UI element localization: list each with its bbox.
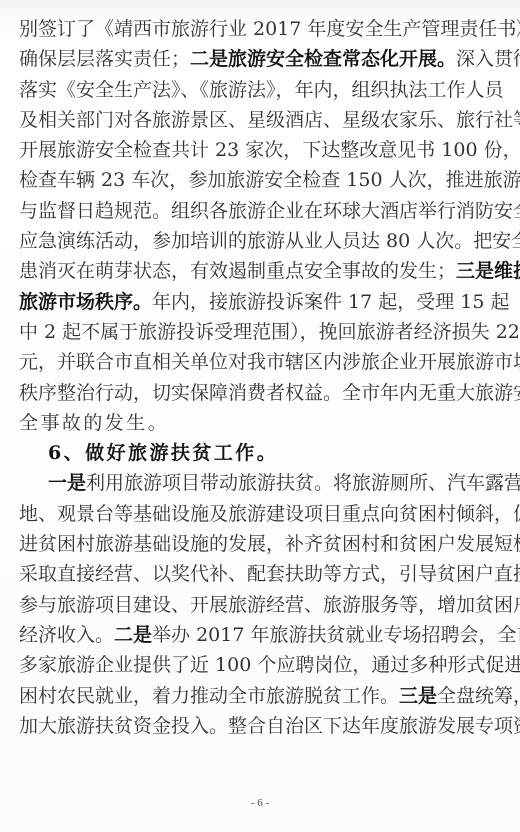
text-line: 多家旅游企业提供了近 100 个应聘岗位，通过多种形式促进贫 (19, 650, 493, 680)
text-line: 中 2 起不属于旅游投诉受理范围），挽回旅游者经济损失 22810 (19, 317, 493, 347)
text-line: 全事故的发生。 (19, 408, 493, 438)
text-segment: 地、观景台等基础设施及旅游建设项目重点向贫困村倾斜，促 (19, 503, 520, 525)
bold-phrase: 6、做好旅游扶贫工作。 (48, 442, 278, 464)
text-segment: 经济收入。 (19, 624, 114, 646)
text-segment: 落实《安全生产法》、《旅游法》，年内，组织执法工作人员 (19, 79, 504, 101)
text-segment: 患消灭在萌芽状态，有效遏制重点安全事故的发生； (19, 260, 456, 282)
text-segment: 采取直接经营、以奖代补、配套扶助等方式，引导贫困户直接 (19, 563, 520, 585)
bold-phrase: 一是 (48, 472, 86, 494)
text-segment: 全事故的发生。 (19, 412, 169, 434)
text-segment: 年内，接旅游投诉案件 17 起，受理 15 起（其 (152, 291, 520, 313)
text-line: 及相关部门对各旅游景区、星级酒店、星级农家乐、旅行社等 (19, 105, 493, 135)
section-heading: 6、做好旅游扶贫工作。 (19, 438, 493, 468)
text-line: 与监督日趋规范。组织各旅游企业在环球大酒店举行消防安全 (19, 196, 493, 226)
text-segment: 参与旅游项目建设、开展旅游经营、旅游服务等，增加贫困户 (19, 594, 520, 616)
bold-phrase: 二是旅游安全检查常态化开展。 (190, 48, 456, 70)
text-segment: 举办 2017 年旅游扶贫就业专场招聘会，全市 10 (152, 624, 520, 646)
text-line: 进贫困村旅游基础设施的发展，补齐贫困村和贫困户发展短板； (19, 529, 493, 559)
text-segment: 应急演练活动，参加培训的旅游从业人员达 80 人次。把安全隐 (19, 230, 520, 252)
text-segment: 与监督日趋规范。组织各旅游企业在环球大酒店举行消防安全 (19, 200, 520, 222)
text-segment: 确保层层落实责任； (19, 48, 190, 70)
document-body: 别签订了《靖西市旅游行业 2017 年度安全生产管理责任书》，确保层层落实责任；… (19, 14, 493, 741)
bold-phrase: 二是 (114, 624, 152, 646)
text-segment: 利用旅游项目带动旅游扶贫。将旅游厕所、汽车露营 (86, 472, 520, 494)
document-page: 别签订了《靖西市旅游行业 2017 年度安全生产管理责任书》，确保层层落实责任；… (0, 0, 520, 832)
bold-phrase: 三是 (399, 685, 437, 707)
text-line: 地、观景台等基础设施及旅游建设项目重点向贫困村倾斜，促 (19, 499, 493, 529)
text-line: 落实《安全生产法》、《旅游法》，年内，组织执法工作人员 (19, 75, 493, 105)
text-segment: 检查车辆 23 车次，参加旅游安全检查 150 人次，推进旅游执法 (19, 169, 520, 191)
text-segment: 加大旅游扶贫资金投入。整合自治区下达年度旅游发展专项资 (19, 715, 520, 737)
text-segment: 及相关部门对各旅游景区、星级酒店、星级农家乐、旅行社等 (19, 109, 520, 131)
page-number: - 6 - (0, 797, 520, 809)
text-line: 检查车辆 23 车次，参加旅游安全检查 150 人次，推进旅游执法 (19, 165, 493, 195)
text-line: 元，并联合市直相关单位对我市辖区内涉旅企业开展旅游市场 (19, 347, 493, 377)
text-line: 困村农民就业，着力推动全市旅游脱贫工作。三是全盘统筹， (19, 681, 493, 711)
text-segment: 进贫困村旅游基础设施的发展，补齐贫困村和贫困户发展短板； (19, 533, 520, 555)
text-segment: 秩序整治行动，切实保障消费者权益。全市年内无重大旅游安 (19, 382, 520, 404)
bold-phrase: 三是维护 (456, 260, 520, 282)
text-line: 开展旅游安全检查共计 23 家次，下达整改意见书 100 份，出动 (19, 135, 493, 165)
text-segment: 元，并联合市直相关单位对我市辖区内涉旅企业开展旅游市场 (19, 351, 520, 373)
bold-phrase: 旅游市场秩序。 (19, 291, 152, 313)
text-line: 患消灭在萌芽状态，有效遏制重点安全事故的发生；三是维护 (19, 256, 493, 286)
text-line: 旅游市场秩序。年内，接旅游投诉案件 17 起，受理 15 起（其 (19, 287, 493, 317)
text-segment: 开展旅游安全检查共计 23 家次，下达整改意见书 100 份，出动 (19, 139, 520, 161)
text-line: 秩序整治行动，切实保障消费者权益。全市年内无重大旅游安 (19, 378, 493, 408)
text-segment: 全盘统筹， (437, 685, 520, 707)
text-line: 采取直接经营、以奖代补、配套扶助等方式，引导贫困户直接 (19, 559, 493, 589)
text-line: 参与旅游项目建设、开展旅游经营、旅游服务等，增加贫困户 (19, 590, 493, 620)
text-segment: 中 2 起不属于旅游投诉受理范围），挽回旅游者经济损失 22810 (19, 321, 520, 343)
text-line: 一是利用旅游项目带动旅游扶贫。将旅游厕所、汽车露营 (19, 468, 493, 498)
text-segment: 深入贯彻 (456, 48, 520, 70)
text-line: 别签订了《靖西市旅游行业 2017 年度安全生产管理责任书》， (19, 14, 493, 44)
text-segment: 困村农民就业，着力推动全市旅游脱贫工作。 (19, 685, 399, 707)
text-line: 加大旅游扶贫资金投入。整合自治区下达年度旅游发展专项资 (19, 711, 493, 741)
text-line: 经济收入。二是举办 2017 年旅游扶贫就业专场招聘会，全市 10 (19, 620, 493, 650)
text-line: 应急演练活动，参加培训的旅游从业人员达 80 人次。把安全隐 (19, 226, 493, 256)
text-segment: 别签订了《靖西市旅游行业 2017 年度安全生产管理责任书》， (19, 18, 520, 40)
text-segment: 多家旅游企业提供了近 100 个应聘岗位，通过多种形式促进贫 (19, 654, 520, 676)
text-line: 确保层层落实责任；二是旅游安全检查常态化开展。深入贯彻 (19, 44, 493, 74)
